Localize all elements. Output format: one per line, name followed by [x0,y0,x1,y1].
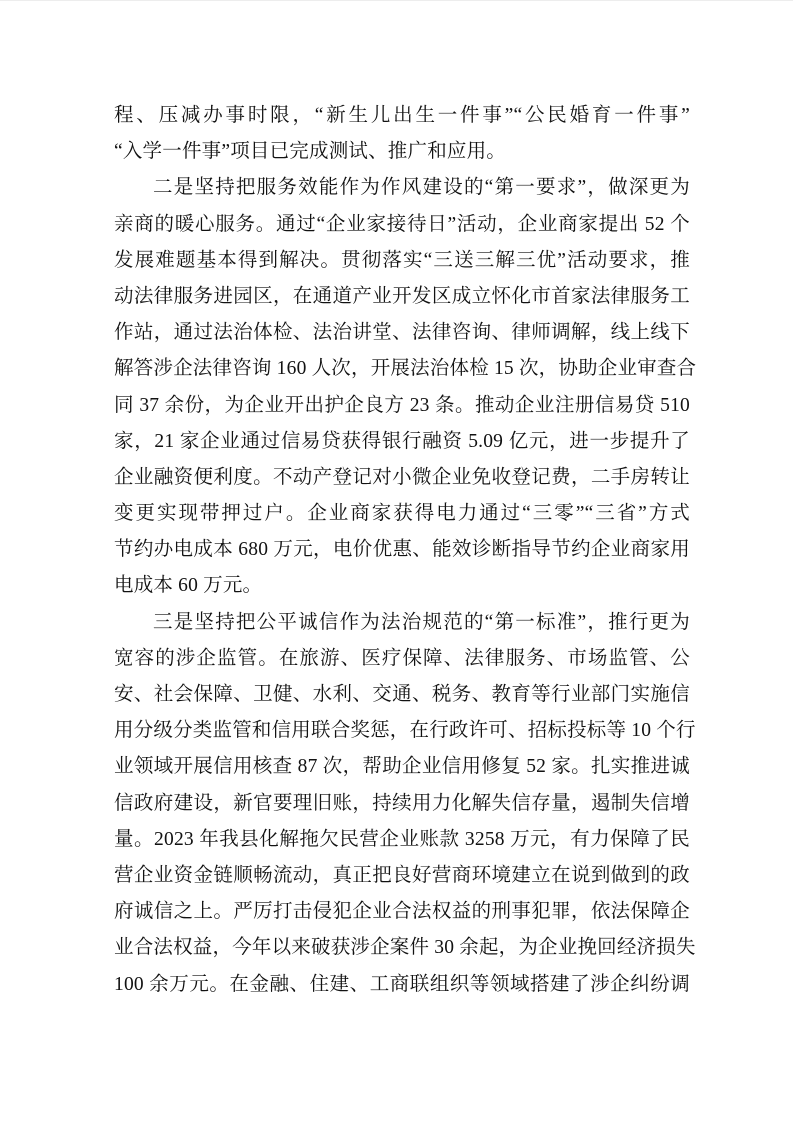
text-line: 节约办电成本 680 万元，电价优惠、能效诊断指导节约企业商家用 [114,532,690,568]
text-line: 变更实现带押过户。企业商家获得电力通过“三零”“三省”方式 [114,496,690,532]
text-line: 府诚信之上。严厉打击侵犯企业合法权益的刑事犯罪，依法保障企 [114,894,690,930]
text-line: 三是坚持把公平诚信作为法治规范的“第一标准”，推行更为 [114,605,690,641]
text-line: 量。2023 年我县化解拖欠民营企业账款 3258 万元，有力保障了民 [114,822,690,858]
text-line: 发展难题基本得到解决。贯彻落实“三送三解三优”活动要求，推 [114,243,690,279]
text-line: 解答涉企法律咨询 160 人次，开展法治体检 15 次，协助企业审查合 [114,351,690,387]
text-line: 用分级分类监管和信用联合奖惩，在行政许可、招标投标等 10 个行 [114,713,690,749]
text-line: 安、社会保障、卫健、水利、交通、税务、教育等行业部门实施信 [114,677,690,713]
text-line: 企业融资便利度。不动产登记对小微企业免收登记费，二手房转让 [114,460,690,496]
text-line: 二是坚持把服务效能作为作风建设的“第一要求”，做深更为 [114,170,690,206]
text-line: 业领域开展信用核查 87 次，帮助企业信用修复 52 家。扎实推进诚 [114,749,690,785]
text-line: 亲商的暖心服务。通过“企业家接待日”活动，企业商家提出 52 个 [114,207,690,243]
text-line: 动法律服务进园区，在通道产业开发区成立怀化市首家法律服务工 [114,279,690,315]
text-line: 营企业资金链顺畅流动，真正把良好营商环境建立在说到做到的政 [114,858,690,894]
text-line: 电成本 60 万元。 [114,568,690,604]
document-page: 程、压减办事时限，“新生儿出生一件事”“公民婚育一件事”“入学一件事”项目已完成… [0,0,793,1122]
text-line: 家，21 家企业通过信易贷获得银行融资 5.09 亿元，进一步提升了 [114,424,690,460]
text-line: 信政府建设，新官要理旧账，持续用力化解失信存量，遏制失信增 [114,786,690,822]
text-line: 作站，通过法治体检、法治讲堂、法律咨询、律师调解，线上线下 [114,315,690,351]
document-body: 程、压减办事时限，“新生儿出生一件事”“公民婚育一件事”“入学一件事”项目已完成… [114,98,690,1003]
text-line: “入学一件事”项目已完成测试、推广和应用。 [114,134,690,170]
text-line: 同 37 余份，为企业开出护企良方 23 条。推动企业注册信易贷 510 [114,388,690,424]
text-line: 100 余万元。在金融、住建、工商联组织等领域搭建了涉企纠纷调 [114,967,690,1003]
text-line: 业合法权益，今年以来破获涉企案件 30 余起，为企业挽回经济损失 [114,930,690,966]
text-line: 程、压减办事时限，“新生儿出生一件事”“公民婚育一件事” [114,98,690,134]
text-line: 宽容的涉企监管。在旅游、医疗保障、法律服务、市场监管、公 [114,641,690,677]
